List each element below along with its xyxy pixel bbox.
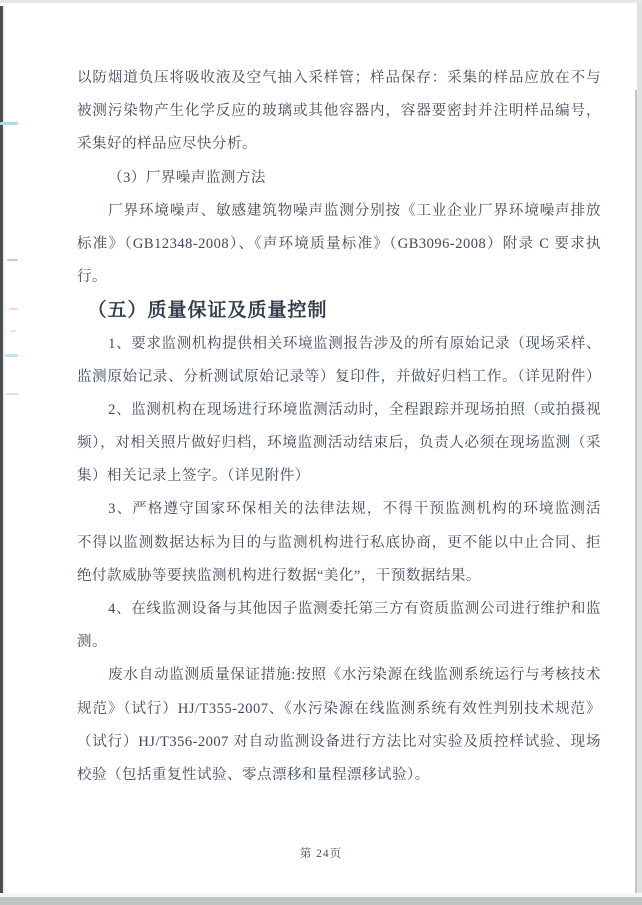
page-edge-right-line: [635, 90, 637, 896]
section-heading: （五）质量保证及质量控制: [77, 294, 601, 327]
text-line: 绝付款威胁等要挟监测机构进行数据“美化”，干预数据结果。: [77, 560, 601, 593]
scanned-document-page: { "colors": { "ink": "#3f4759", "ink_hea…: [0, 0, 642, 905]
scan-artifact-speck: [10, 330, 16, 332]
scan-artifact-gray: [6, 393, 18, 395]
page-edge-left-inner: [3, 6, 5, 905]
page-edge-right: [637, 3, 642, 897]
text-line: 1、要求监测机构提供相关环境监测报告涉及的所有原始记录（现场采样、: [77, 328, 601, 361]
text-line: 集）相关记录上签字。（详见附件）: [77, 460, 601, 493]
text-line: 废水自动监测质量保证措施:按照《水污染源在线监测系统运行与考核技术: [77, 659, 601, 692]
text-line: 校验（包括重复性试验、零点漂移和量程漂移试验）。: [77, 759, 601, 792]
scan-artifact-pink: [9, 308, 18, 310]
text-line: 3、严格遵守国家环保相关的法律法规，不得干预监测机构的环境监测活动，: [77, 493, 601, 526]
scan-artifact-cyan-2: [5, 354, 18, 357]
text-line: 不得以监测数据达标为目的与监测机构进行私底协商，更不能以中止合同、拒: [77, 527, 601, 560]
text-line: 2、监测机构在现场进行环境监测活动时，全程跟踪并现场拍照（或拍摄视: [77, 394, 601, 427]
page-edge-bottom: [0, 897, 642, 905]
text-line: 规范》（试行）HJ/T355-2007、《水污染源在线监测系统有效性判别技术规范…: [77, 693, 601, 726]
page-number: 第 24页: [0, 845, 642, 861]
text-line: （3）厂界噪声监测方法: [77, 162, 601, 195]
text-line: 频），对相关照片做好归档，环境监测活动结束后，负责人必须在现场监测（采: [77, 427, 601, 460]
text-line: 测。: [77, 626, 601, 659]
scan-artifact-magenta: [7, 259, 18, 261]
text-line: 行。: [77, 261, 601, 294]
page-edge-top: [0, 0, 642, 3]
text-line: 以防烟道负压将吸收液及空气抽入采样管；样品保存：采集的样品应放在不与: [77, 62, 601, 95]
text-line: （试行）HJ/T356-2007 对自动监测设备进行方法比对实验及质控样试验、现…: [77, 726, 601, 759]
document-body: 以防烟道负压将吸收液及空气抽入采样管；样品保存：采集的样品应放在不与被测污染物产…: [77, 62, 601, 792]
scan-artifact-cyan: [0, 122, 18, 125]
text-line: 厂界环境噪声、敏感建筑物噪声监测分别按《工业企业厂界环境噪声排放: [77, 195, 601, 228]
text-line: 标准》（GB12348-2008）、《声环境质量标准》（GB3096-2008）…: [77, 228, 601, 261]
text-line: 采集好的样品应尽快分析。: [77, 128, 601, 161]
text-line: 被测污染物产生化学反应的玻璃或其他容器内，容器要密封并注明样品编号，: [77, 95, 601, 128]
text-line: 4、在线监测设备与其他因子监测委托第三方有资质监测公司进行维护和监: [77, 593, 601, 626]
text-line: 监测原始记录、分析测试原始记录等）复印件，并做好归档工作。（详见附件）: [77, 361, 601, 394]
